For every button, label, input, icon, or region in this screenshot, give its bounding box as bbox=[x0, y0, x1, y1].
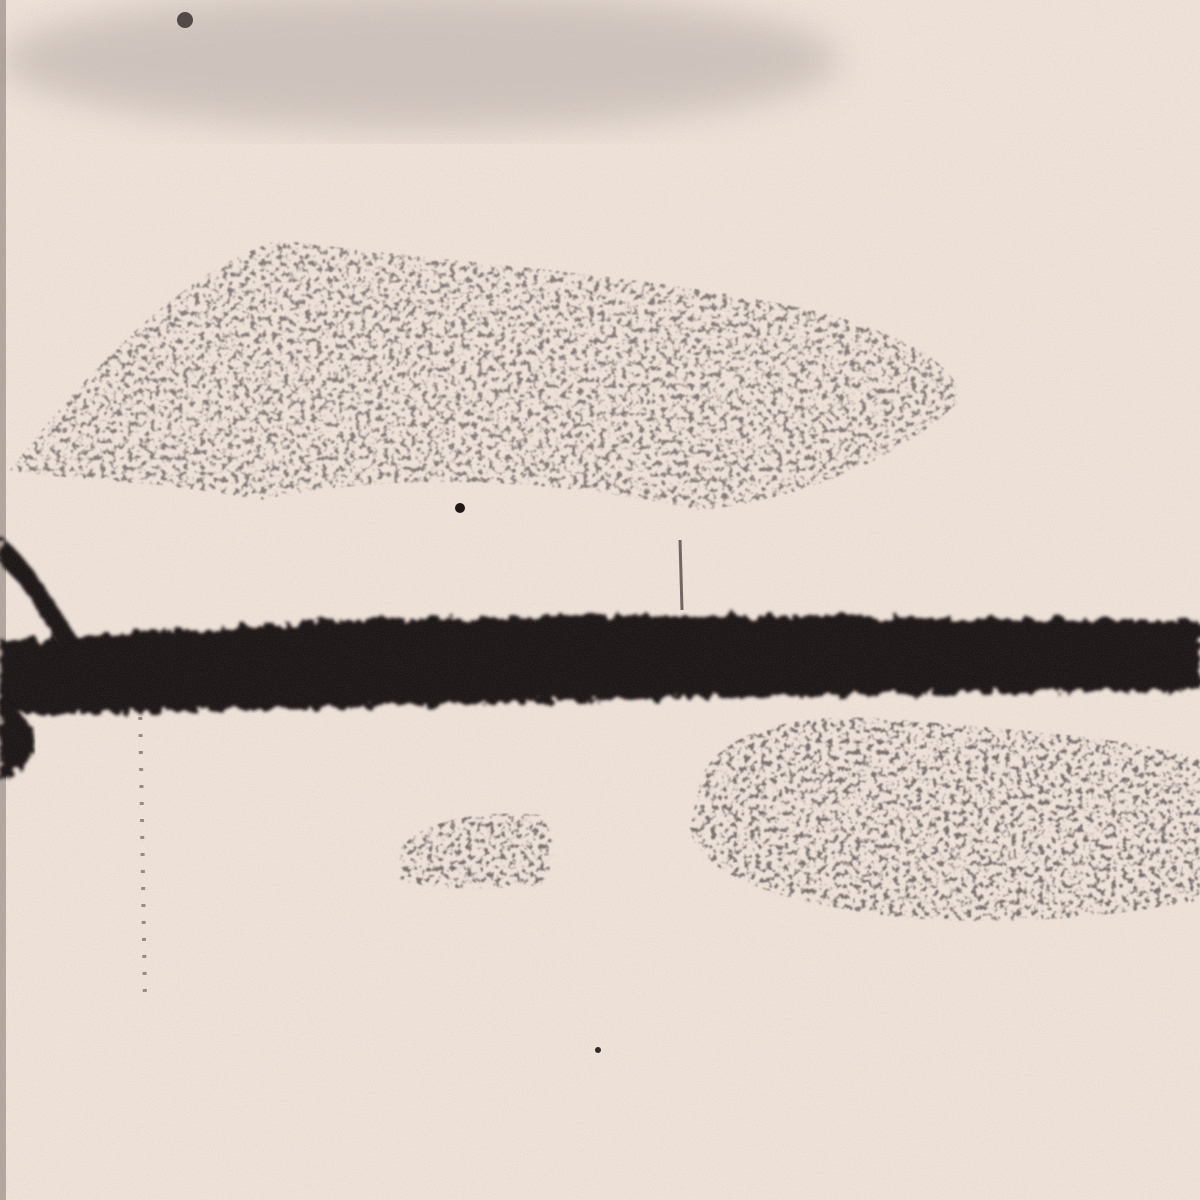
abstract-print-artwork bbox=[0, 0, 1200, 1200]
film-grain bbox=[0, 0, 1200, 1200]
sepia-print-canvas bbox=[0, 0, 1200, 1200]
